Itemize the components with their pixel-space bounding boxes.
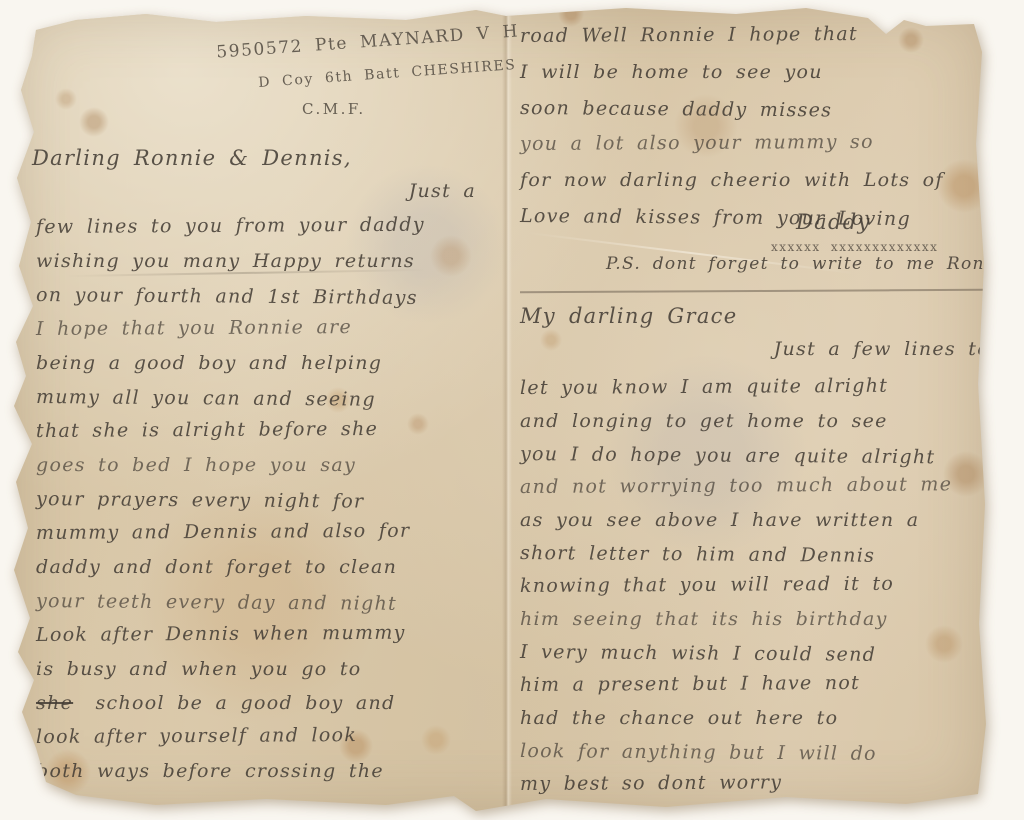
handwritten-line: as you see above I have written a <box>520 504 992 537</box>
handwritten-line: goes to bed I hope you say <box>36 448 506 482</box>
letter2-opening-phrase: Just a few lines to <box>520 338 990 360</box>
handwritten-line: that she is alright before she <box>36 411 506 448</box>
aged-paper: 5950572 Pte MAYNARD V H D Coy 6th Batt C… <box>6 4 992 814</box>
letter1-continuation: road Well Ronnie I hope thatI will be ho… <box>520 18 992 234</box>
handwritten-line: him a present but I have not <box>520 666 992 702</box>
handwritten-line: let you know I am quite alright <box>520 369 992 405</box>
signature-daddy: Daddy <box>796 210 871 234</box>
handwritten-line: Love and kisses from your Loving <box>520 198 992 238</box>
handwritten-line: mummy and Dennis and also for <box>36 513 506 550</box>
handwritten-line: had the chance out here to <box>520 702 992 735</box>
handwritten-line: wishing you many Happy returns <box>36 244 506 278</box>
handwritten-line: daddy and dont forget to clean <box>36 550 506 584</box>
handwritten-line: both ways before crossing the <box>36 754 506 788</box>
handwritten-line: is busy and when you go to <box>36 652 506 686</box>
handwritten-line-with-strikethrough: she school be a good boy and <box>36 686 506 720</box>
handwritten-line: knowing that you will read it to <box>520 567 992 603</box>
letter-scan: 5950572 Pte MAYNARD V H D Coy 6th Batt C… <box>0 0 1024 820</box>
salutation-grace: My darling Grace <box>520 304 737 328</box>
handwritten-line: I will be home to see you <box>520 54 992 90</box>
handwritten-line: for now darling cheerio with Lots of <box>520 162 992 198</box>
salutation-children: Darling Ronnie & Dennis, <box>32 146 352 170</box>
paper-sheet: 5950572 Pte MAYNARD V H D Coy 6th Batt C… <box>6 4 992 814</box>
left-page-body: few lines to you from your daddywishing … <box>36 210 506 788</box>
handwritten-line: Look after Dennis when mummy <box>36 615 506 652</box>
handwritten-line: look after yourself and look <box>36 717 506 754</box>
line-rest: school be a good boy and <box>95 692 395 714</box>
handwritten-line: few lines to you from your daddy <box>36 207 506 244</box>
handwritten-line: my best so dont worry <box>520 765 992 801</box>
postal-code-cmf: C.M.F. <box>302 100 366 118</box>
handwritten-line: and not worrying too much about me <box>520 468 992 504</box>
handwritten-line: and longing to get home to see <box>520 405 992 438</box>
handwritten-line: road Well Ronnie I hope that <box>520 15 992 54</box>
struck-word: she <box>36 692 73 714</box>
handwritten-line: I hope that you Ronnie are <box>36 309 506 346</box>
opening-phrase: Just a <box>36 180 476 202</box>
handwritten-line: him seeing that its his birthday <box>520 603 992 636</box>
handwritten-line: being a good boy and helping <box>36 346 506 380</box>
handwritten-line: you a lot also your mummy so <box>520 123 992 162</box>
kisses-row: xxxxxx xxxxxxxxxxxxx <box>771 240 938 254</box>
body-lines-b: look after yourself and lookboth ways be… <box>36 720 506 788</box>
postscript-line: P.S. dont forget to write to me Ron <box>606 254 985 274</box>
body-lines-a: few lines to you from your daddywishing … <box>36 210 506 686</box>
letter2-body: let you know I am quite alrightand longi… <box>520 372 992 801</box>
